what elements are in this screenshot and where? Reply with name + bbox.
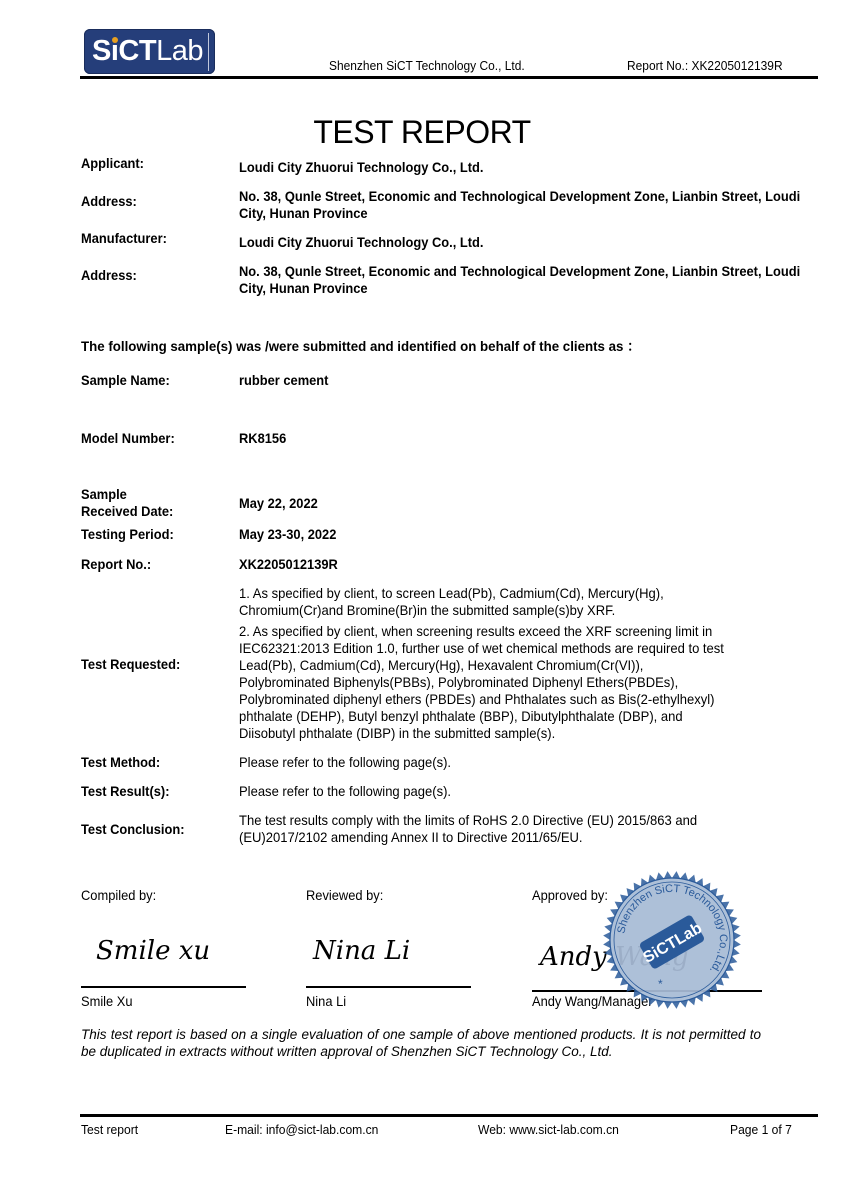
reviewed-by-label: Reviewed by:: [306, 887, 383, 903]
manufacturer-label: Manufacturer:: [81, 230, 167, 246]
test-requested-item2-line5: Polybrominated diphenyl ethers (PBDEs) a…: [239, 691, 714, 708]
test-requested-item2-line3: Lead(Pb), Cadmium(Cd), Mercury(Hg), Hexa…: [239, 657, 643, 674]
test-requested-item2-line6: phthalate (DEHP), Butyl benzyl phthalate…: [239, 708, 683, 725]
footer-email[interactable]: E-mail: info@sict-lab.com.cn: [225, 1122, 378, 1137]
test-requested-label: Test Requested:: [81, 656, 180, 672]
logo-divider: [208, 33, 209, 71]
test-conclusion-line2: (EU)2017/2102 amending Annex II to Direc…: [239, 829, 583, 846]
disclaimer-text: This test report is based on a single ev…: [81, 1026, 761, 1060]
testing-period-label: Testing Period:: [81, 526, 174, 542]
test-results-label: Test Result(s):: [81, 783, 170, 799]
applicant-address-value: No. 38, Qunle Street, Economic and Techn…: [239, 188, 800, 222]
approved-by-label: Approved by:: [532, 887, 608, 903]
footer-document-type: Test report: [81, 1122, 138, 1137]
footer-website[interactable]: Web: www.sict-lab.com.cn: [478, 1122, 619, 1137]
sample-name-value: rubber cement: [239, 372, 328, 389]
compiled-by-signature: Smile xu: [96, 936, 210, 966]
test-results-value: Please refer to the following page(s).: [239, 783, 451, 800]
test-method-value: Please refer to the following page(s).: [239, 754, 451, 771]
footer-page-number: Page 1 of 7: [730, 1122, 792, 1137]
sample-name-label: Sample Name:: [81, 372, 170, 388]
reviewed-by-name: Nina Li: [306, 993, 346, 1009]
report-number-label: Report No.:: [81, 556, 151, 572]
testing-period-value: May 23-30, 2022: [239, 526, 336, 543]
applicant-value: Loudi City Zhuorui Technology Co., Ltd.: [239, 159, 483, 176]
header-divider: [80, 76, 818, 79]
manufacturer-address-label: Address:: [81, 267, 137, 283]
stamp-star: *: [658, 977, 663, 991]
test-report-page: SiCTLab Shenzhen SiCT Technology Co., Lt…: [0, 0, 844, 1185]
test-requested-item2-line7: Diisobutyl phthalate (DIBP) in the submi…: [239, 725, 555, 742]
reviewed-by-signature-line: [306, 986, 471, 988]
received-date-label-line2: Received Date:: [81, 503, 173, 519]
model-number-label: Model Number:: [81, 430, 175, 446]
reviewed-by-signature: Nina Li: [313, 936, 410, 966]
applicant-address-label: Address:: [81, 193, 137, 209]
sictlab-logo: SiCTLab: [84, 29, 215, 74]
compiled-by-signature-line: [81, 986, 246, 988]
page-title: TEST REPORT: [0, 114, 844, 151]
compiled-by-label: Compiled by:: [81, 887, 156, 903]
applicant-label: Applicant:: [81, 155, 144, 171]
test-requested-item1-line1: 1. As specified by client, to screen Lea…: [239, 585, 664, 602]
test-requested-item2-line4: Polybrominated Biphenyls(PBBs), Polybrom…: [239, 674, 678, 691]
logo-text: SiCT: [92, 35, 156, 67]
header-company: Shenzhen SiCT Technology Co., Ltd.: [329, 58, 525, 73]
test-method-label: Test Method:: [81, 754, 160, 770]
test-conclusion-label: Test Conclusion:: [81, 821, 185, 837]
test-conclusion-line1: The test results comply with the limits …: [239, 812, 697, 829]
received-date-label-line1: Sample: [81, 486, 127, 502]
test-requested-item2-line1: 2. As specified by client, when screenin…: [239, 623, 712, 640]
received-date-value: May 22, 2022: [239, 495, 318, 512]
header-report-number: Report No.: XK2205012139R: [627, 58, 783, 73]
test-requested-item2-line2: IEC62321:2013 Edition 1.0, further use o…: [239, 640, 724, 657]
manufacturer-address-value: No. 38, Qunle Street, Economic and Techn…: [239, 263, 800, 297]
test-requested-item1-line2: Chromium(Cr)and Bromine(Br)in the submit…: [239, 602, 615, 619]
logo-suffix: Lab: [156, 35, 203, 67]
compiled-by-name: Smile Xu: [81, 993, 133, 1009]
manufacturer-value: Loudi City Zhuorui Technology Co., Ltd.: [239, 234, 483, 251]
footer-divider: [80, 1114, 818, 1117]
report-number-value: XK2205012139R: [239, 556, 338, 573]
company-seal-stamp: Shenzhen SiCT Technology Co.,Ltd. SiCTLa…: [602, 870, 742, 1010]
model-number-value: RK8156: [239, 430, 286, 447]
sample-intro-text: The following sample(s) was /were submit…: [81, 336, 640, 356]
